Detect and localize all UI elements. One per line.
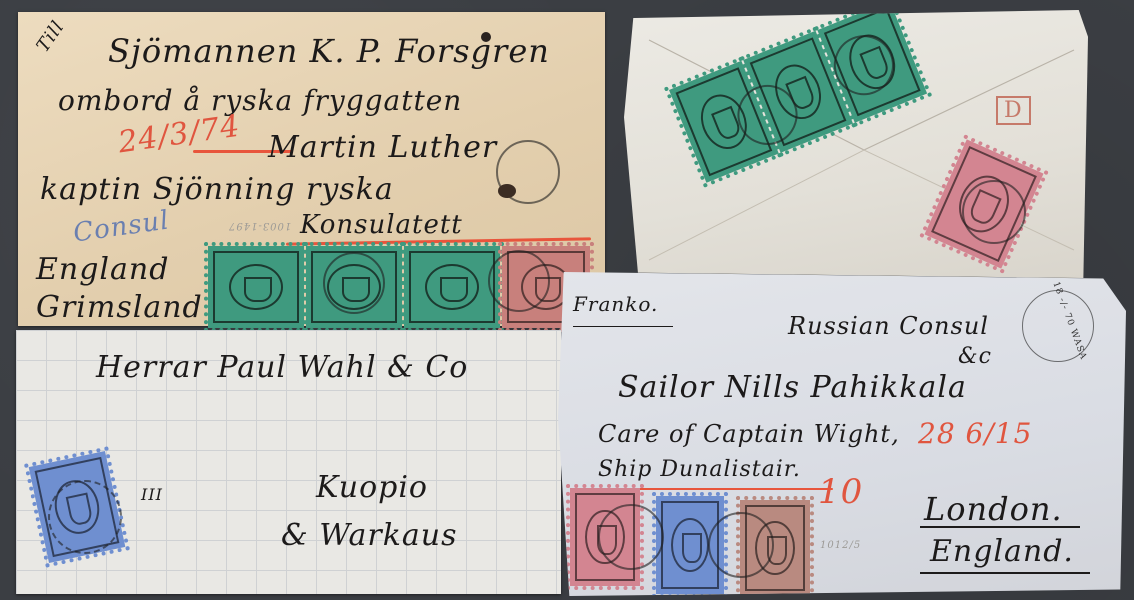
bottom-left-cover: Herrar Paul Wahl & Co III Kuopio & Warka… [16, 330, 561, 594]
address-line-3: & Warkaus [281, 518, 457, 553]
franko-underline [573, 326, 673, 327]
address-line-4: kaptin Sjönning ryska [40, 172, 394, 207]
address-line-3: Sailor Nills Pahikkala [618, 370, 967, 405]
ink-blot [498, 184, 516, 198]
address-line-6: London. [924, 490, 1063, 528]
red-box-mark: D [996, 96, 1031, 125]
cancel-ring [708, 512, 774, 578]
address-line-3: Martin Luther [268, 130, 497, 165]
stamp-8-penni [404, 246, 500, 328]
top-left-cover: Till Sjömannen K. P. Forsgren ombord å r… [18, 12, 605, 326]
franko-note: Franko. [573, 292, 658, 316]
cancel-ring [962, 180, 1026, 244]
pencil-note: 1012/5 [820, 540, 861, 551]
address-line-4: Care of Captain Wight, [598, 420, 900, 448]
address-line-1: Herrar Paul Wahl & Co [96, 350, 468, 385]
top-right-cover: D [624, 10, 1088, 278]
address-line-1: Russian Consul [788, 312, 989, 340]
cancel-ring [488, 250, 550, 312]
address-line-2: Kuopio [316, 470, 428, 505]
england-underline [920, 572, 1090, 574]
pencil-note: 1003-1497 [228, 220, 291, 231]
punch-hole [481, 32, 491, 42]
blue-note: Consul [71, 205, 171, 248]
address-line-5: Konsulatett [300, 210, 463, 240]
london-underline [920, 526, 1080, 528]
address-line-6: England [36, 252, 169, 287]
cancel-ring [48, 480, 122, 554]
red-date: 28 6/15 [918, 417, 1032, 450]
address-line-2: &c [958, 344, 992, 369]
roman-mark: III [141, 485, 163, 504]
corner-note: Till [32, 17, 68, 56]
stamp-8-penni [208, 246, 304, 328]
address-line-7: England. [930, 534, 1074, 569]
cancel-ring [598, 504, 664, 570]
address-line-5: Ship Dunalistair. [598, 457, 801, 482]
red-underline [628, 488, 833, 490]
cancel-ring [323, 252, 385, 314]
address-line-2: ombord å ryska fryggatten [58, 84, 462, 117]
address-line-7: Grimsland [36, 290, 203, 325]
bottom-right-cover: Franko. Russian Consul &c 18 -/- 70 WASA… [558, 272, 1126, 596]
red-mark: 10 [818, 472, 863, 512]
